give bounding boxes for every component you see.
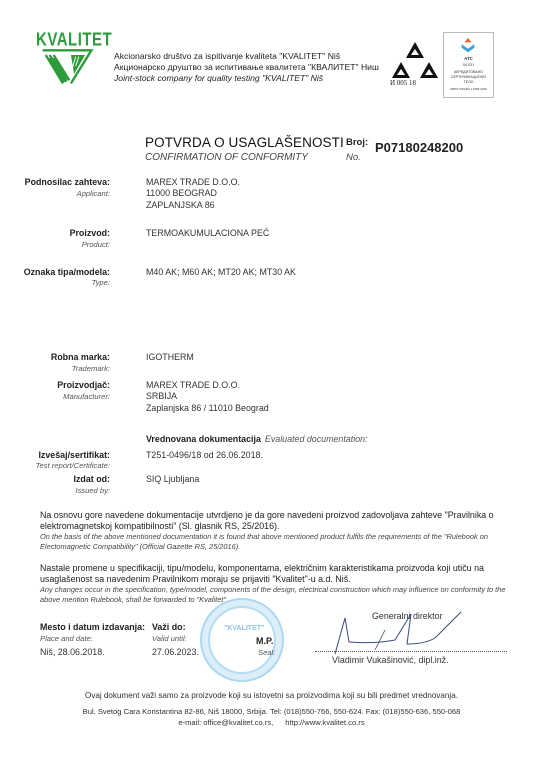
applicant-line: 11000 BEOGRAD xyxy=(146,188,240,199)
footer-website: http://www.kvalitet.co.rs xyxy=(285,718,364,727)
applicant-label: Podnosilac zahteva: xyxy=(25,177,110,187)
applicant-value: MAREX TRADE D.O.O. 11000 BEOGRAD ZAPLANJ… xyxy=(146,177,240,211)
product-label: Proizvod: xyxy=(70,228,110,238)
accreditation-badge: ATC 04-031 АКРЕДИТОВАНО СЕРТИФИКАЦИОНО Т… xyxy=(443,32,494,98)
evaluated-doc-label: Vrednovana dokumentacija xyxy=(146,434,261,444)
manufacturer-label: Proizvodjač: xyxy=(57,380,110,390)
ats-code: 04-031 xyxy=(444,63,493,67)
signatory-name: Vladimir Vukašinović, dipl.inž. xyxy=(332,655,449,665)
footer-address: Bul. Svetog Cara Konstantina 82-86, Niš … xyxy=(0,707,543,716)
conformity-statement: Na osnovu gore navedene dokumentacije ut… xyxy=(40,510,510,532)
seal-text: "KVALITET" xyxy=(224,625,264,632)
place-date-label-en: Place and date: xyxy=(40,634,93,643)
product-value: TERMOAKUMULACIONA PEĆ xyxy=(146,228,269,239)
changes-statement-en: Any changes occur in the specification, … xyxy=(40,585,515,605)
company-name-english: Joint-stock company for quality testing … xyxy=(114,73,379,84)
valid-until-value: 27.06.2023. xyxy=(152,647,199,657)
manufacturer-label-en: Manufacturer: xyxy=(63,392,110,401)
valid-until-label: Važi do: xyxy=(152,622,186,632)
product-label-en: Product: xyxy=(82,240,110,249)
applicant-line: ZAPLANJSKA 86 xyxy=(146,200,240,211)
changes-statement: Nastale promene u specifikaciji, tipu/mo… xyxy=(40,563,510,585)
certification-mark-label: И 005 18 xyxy=(390,79,416,87)
manufacturer-line: SRBIJA xyxy=(146,391,269,402)
evaluated-documentation-heading: Vrednovana dokumentacijaEvaluated docume… xyxy=(146,434,368,444)
valid-until-label-en: Valid until: xyxy=(152,634,187,643)
ats-line3: ТЕЛО xyxy=(444,80,493,84)
seal-label: M.P. xyxy=(256,636,273,646)
place-date-label: Mesto i datum izdavanja: xyxy=(40,622,145,632)
issued-by-label: Izdat od: xyxy=(74,474,110,484)
signature-line xyxy=(315,651,507,652)
report-value: T251-0496/18 od 26.06.2018. xyxy=(146,450,263,461)
report-label-en: Test report/Certificate: xyxy=(36,461,110,470)
type-label: Oznaka tipa/modela: xyxy=(24,267,110,277)
trademark-value: IGOTHERM xyxy=(146,352,194,363)
manufacturer-value: MAREX TRADE D.O.O. SRBIJA Zaplanjska 86 … xyxy=(146,380,269,414)
footer-contacts: e-mail: office@kvalitet.co.rs,http://www… xyxy=(0,718,543,727)
trademark-label: Robna marka: xyxy=(51,352,110,362)
kvalitet-logo-icon xyxy=(32,44,102,96)
place-date-value: Niš, 28.06.2018. xyxy=(40,647,105,657)
manufacturer-line: Zaplanjska 86 / 11010 Beograd xyxy=(146,403,269,414)
document-subtitle: CONFIRMATION OF CONFORMITY xyxy=(145,152,308,163)
number-label: Broj: xyxy=(346,137,368,148)
ats-logo-icon xyxy=(459,37,477,55)
report-label: Izvešaj/sertifikat: xyxy=(38,450,110,460)
seal-label-en: Seal: xyxy=(258,648,275,657)
applicant-line: MAREX TRADE D.O.O. xyxy=(146,177,240,188)
evaluated-doc-label-en: Evaluated documentation: xyxy=(265,434,368,444)
company-name-latin: Akcionarsko društvo za ispitivanje kvali… xyxy=(114,51,379,62)
conformity-statement-en: On the basis of the above mentioned docu… xyxy=(40,532,515,552)
issued-by-label-en: Issued by: xyxy=(75,486,110,495)
type-value: M40 AK; M60 AK; MT20 AK; MT30 AK xyxy=(146,267,296,278)
type-label-en: Type: xyxy=(92,278,110,287)
issued-by-value: SIQ Ljubljana xyxy=(146,474,199,485)
company-info: Akcionarsko društvo za ispitivanje kvali… xyxy=(114,51,379,84)
company-name-cyrillic: Акционарско друштво за испитивање квалит… xyxy=(114,62,379,73)
footer-email: e-mail: office@kvalitet.co.rs, xyxy=(178,718,273,727)
manufacturer-line: MAREX TRADE D.O.O. xyxy=(146,380,269,391)
ats-standard: SRPS ISO/IEC 17065:2016 xyxy=(444,87,493,91)
ats-line1: АКРЕДИТОВАНО xyxy=(444,70,493,74)
ats-name: ATC xyxy=(444,57,493,61)
applicant-label-en: Applicant: xyxy=(77,189,110,198)
trademark-label-en: Trademark: xyxy=(72,364,110,373)
validity-note: Ovaj dokument važi samo za proizvode koj… xyxy=(0,691,543,700)
ats-line2: СЕРТИФИКАЦИОНО xyxy=(444,75,493,79)
document-number: P07180248200 xyxy=(375,140,463,155)
document-title: POTVRDA O USAGLAŠENOSTI xyxy=(145,135,344,150)
number-label-en: No. xyxy=(346,152,361,163)
